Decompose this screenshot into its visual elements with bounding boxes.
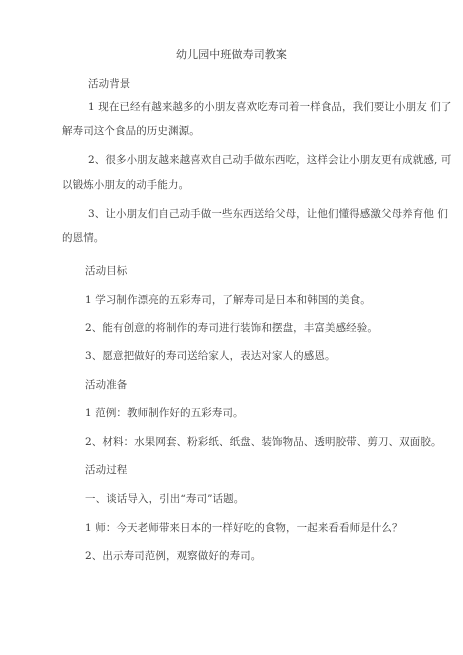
paragraph-line: 以锻炼小朋友的动手能力。: [62, 178, 189, 192]
paragraph-line: 一、谈话导入，引出“寿司”话题。: [85, 492, 244, 506]
paragraph-line: 2、材料：水果网套、粉彩纸、纸盘、装饰物品、透明胶带、剪刀、双面胶。: [85, 435, 442, 449]
paragraph-line: 解寿司这个食品的历史渊源。: [62, 124, 200, 138]
document-title: 幼儿园中班做寿司教案: [0, 48, 463, 62]
section-heading-goals: 活动目标: [85, 264, 127, 278]
section-heading-background: 活动背景: [88, 77, 130, 91]
paragraph-line: 2、很多小朋友越来越喜欢自己动手做东西吃，这样会让小朋友更有成就感, 可: [88, 153, 451, 167]
section-heading-preparation: 活动准备: [85, 378, 127, 392]
paragraph-line: 1 学习制作漂亮的五彩寿司，了解寿司是日本和韩国的美食。: [85, 293, 371, 307]
paragraph-line: 2、能有创意的将制作的寿司进行装饰和摆盘，丰富美感经验。: [85, 321, 378, 335]
paragraph-line: 1 现在已经有越来越多的小朋友喜欢吃寿司着一样食品，我们要让小朋友 们了: [88, 100, 451, 114]
paragraph-line: 1 师：今天老师带来日本的一样好吃的食物，一起来看看师是什么？: [85, 521, 403, 535]
paragraph-line: 2、出示寿司范例，观察做好的寿司。: [85, 549, 261, 563]
paragraph-line: 的恩情。: [62, 231, 104, 245]
paragraph-line: 3、让小朋友们自己动手做一些东西送给父母，让他们懂得感激父母养育他 们: [88, 207, 448, 221]
section-heading-process: 活动过程: [85, 463, 127, 477]
paragraph-line: 3、愿意把做好的寿司送给家人，表达对家人的感恩。: [85, 349, 336, 363]
paragraph-line: 1 范例：教师制作好的五彩寿司。: [85, 406, 244, 420]
